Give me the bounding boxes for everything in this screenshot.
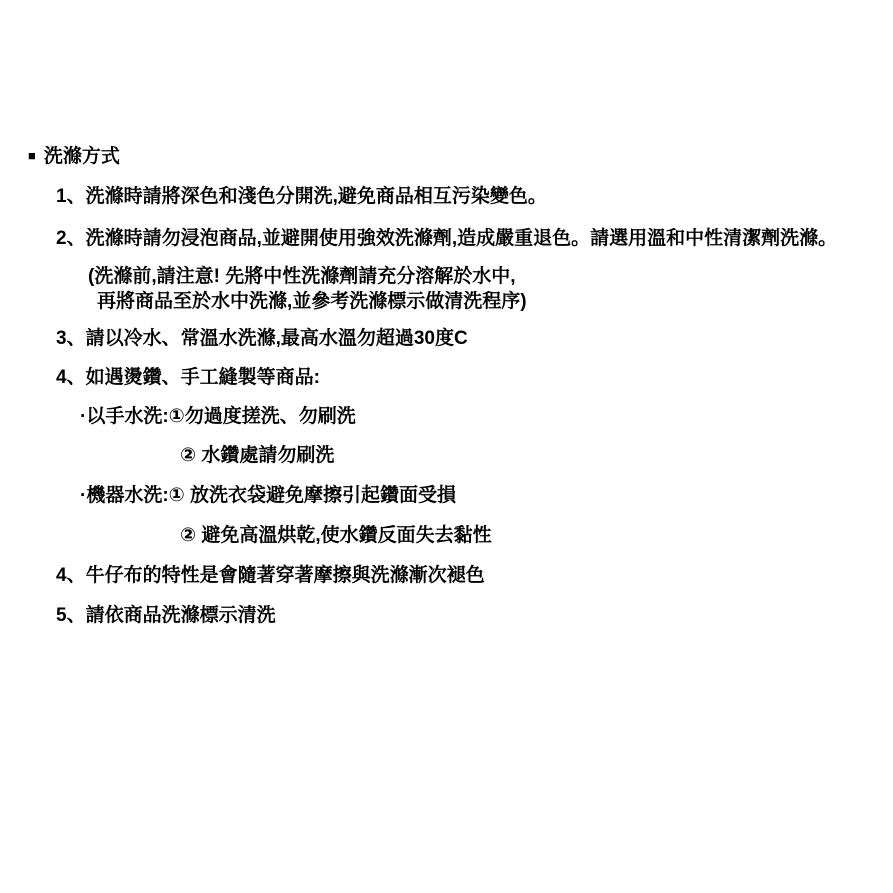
machine-wash-line-2: ② 避免高溫烘乾,使水鑽反面失去黏性 [180,525,492,547]
rule-1: 1、洗滌時請將深色和淺色分開洗,避免商品相互污染變色。 [56,186,547,208]
rule-4b: 4、牛仔布的特性是會隨著穿著摩擦與洗滌漸次褪色 [56,565,485,587]
section-title-text: 洗滌方式 [44,146,120,167]
square-bullet-icon: ■ [28,145,36,167]
rule-2-note-line-2: 再將商品至於水中洗滌,並參考洗滌標示做清洗程序) [97,291,527,313]
washing-instructions-page: ■洗滌方式 1、洗滌時請將深色和淺色分開洗,避免商品相互污染變色。 2、洗滌時請… [0,0,893,893]
rule-4: 4、如遇燙鑽、手工縫製等商品: [56,367,320,389]
hand-wash-line-2: ② 水鑽處請勿刷洗 [180,445,334,467]
rule-3: 3、請以冷水、常溫水洗滌,最高水溫勿超過30度C [56,328,468,350]
rule-5: 5、請依商品洗滌標示清洗 [56,605,276,627]
rule-2: 2、洗滌時請勿浸泡商品,並避開使用強效洗滌劑,造成嚴重退色。請選用溫和中性清潔劑… [56,228,837,250]
machine-wash-line-1: ·機器水洗:① 放洗衣袋避免摩擦引起鑽面受損 [80,485,456,507]
rule-2-note-line-1: (洗滌前,請注意! 先將中性洗滌劑請充分溶解於水中, [88,266,516,288]
section-title: ■洗滌方式 [28,145,120,168]
hand-wash-line-1: ·以手水洗:①勿過度搓洗、勿刷洗 [80,406,356,428]
